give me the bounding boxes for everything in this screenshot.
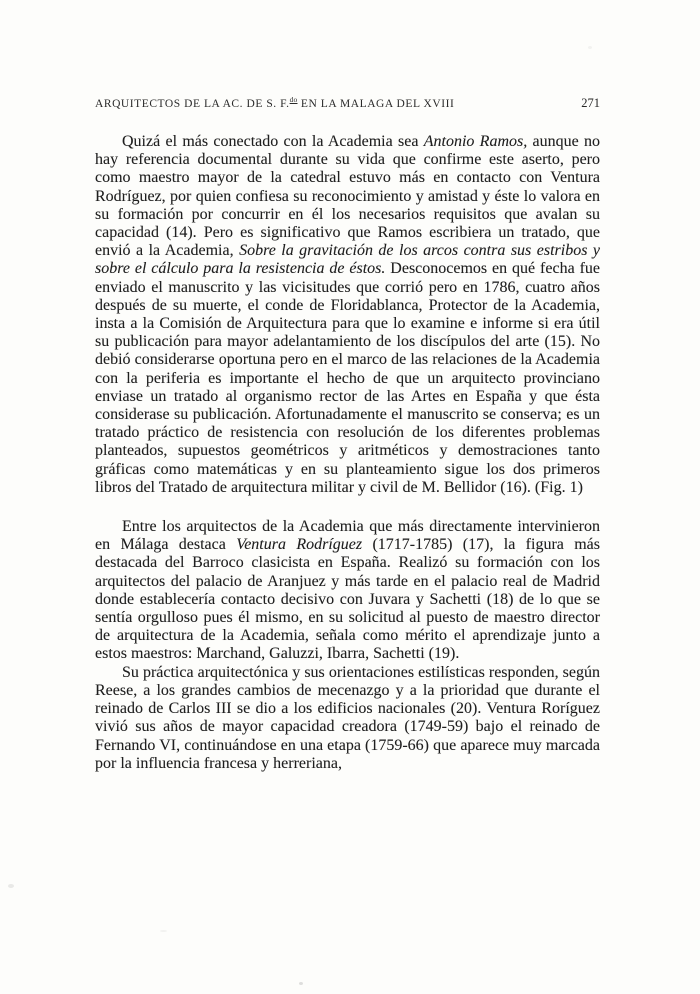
paragraph: Quizá el más conectado con la Academia s… xyxy=(95,133,600,497)
paragraph-run: Desconocemos en qué fecha fue enviado el… xyxy=(95,260,600,495)
running-header: ARQUITECTOS DE LA AC. DE S. F.do EN LA M… xyxy=(95,96,600,111)
paragraph-run: (1717-1785) (17), la figura más destacad… xyxy=(95,536,600,662)
scan-speck xyxy=(8,884,14,888)
paragraph: Su práctica arquitectónica y sus orienta… xyxy=(95,664,600,773)
scan-speck xyxy=(588,46,592,49)
text-block: Quizá el más conectado con la Academia s… xyxy=(95,133,600,773)
scanned-page: ARQUITECTOS DE LA AC. DE S. F.do EN LA M… xyxy=(0,0,700,994)
paragraph: Entre los arquitectos de la Academia que… xyxy=(95,518,600,664)
paragraph-run: aunque no hay referencia documental dura… xyxy=(95,133,600,259)
paragraph-run-italic: Antonio Ramos, xyxy=(424,133,528,150)
scan-speck xyxy=(160,930,167,932)
running-title-suffix: EN LA MALAGA DEL XVIII xyxy=(298,98,455,110)
paragraph-run: Quizá el más conectado con la Academia s… xyxy=(122,133,424,150)
paragraph-run: Su práctica arquitectónica y sus orienta… xyxy=(95,664,600,772)
running-title-superscript: do xyxy=(290,95,298,104)
running-title: ARQUITECTOS DE LA AC. DE S. F.do EN LA M… xyxy=(95,98,454,110)
scan-speck xyxy=(299,982,303,985)
paragraph-run-italic: Ventura Rodríguez xyxy=(236,536,362,553)
running-title-prefix: ARQUITECTOS DE LA AC. DE S. F. xyxy=(95,98,290,110)
page-number: 271 xyxy=(581,96,600,111)
